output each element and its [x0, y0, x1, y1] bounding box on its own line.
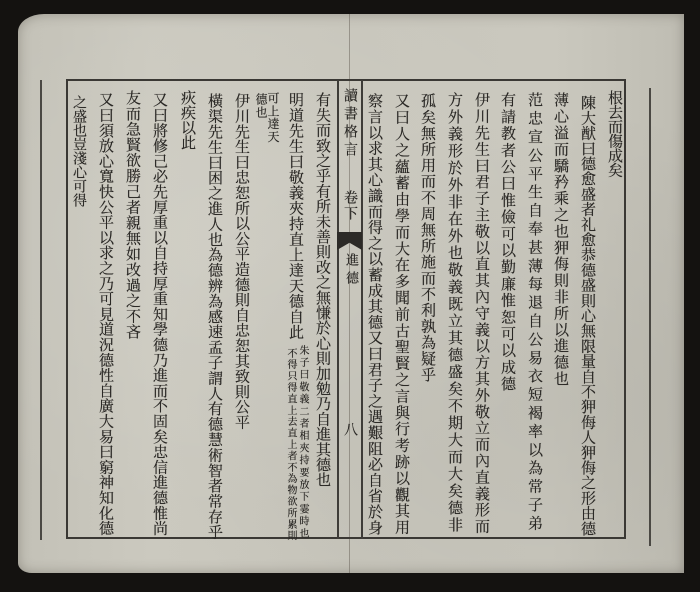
- text-column: 橫渠先生曰困之進人也為德辨為感速孟子謂人有德慧術智者常存乎: [207, 93, 223, 540]
- text-column: 薄心溢而驕矜乘之也狎侮則非所以進德也: [553, 92, 569, 387]
- commentary-note-right: 可上達天: [267, 92, 279, 143]
- text-column: 陳大猷曰德愈盛者礼愈恭德盛則心無限量自不狎侮人狎侮之形由德: [580, 95, 596, 536]
- banxin-book-title: 讀書格言: [342, 88, 357, 160]
- text-column: 之盛也豈淺心可得: [71, 95, 87, 207]
- commentary-note-right: 朱子曰敬義二者相夾持要放下霎時也: [297, 345, 307, 540]
- text-column: 又曰將修己必先厚重以自持厚重知學德乃進而不固矣忠信進德惟尚: [152, 92, 168, 536]
- text-column: 方外義形於外非在外也敬義既立其德盛矣不期大而大矣德非: [447, 92, 463, 534]
- commentary-note-left: 不得只得直上去直上者不為物欲所累則: [285, 348, 295, 542]
- text-column: 孤矣無所用而不周無所施而不利孰為疑乎: [420, 93, 436, 383]
- text-column: 疢疾以此: [180, 90, 196, 150]
- text-column: 有請教者公曰惟儉可以勤廉惟恕可以成德: [500, 92, 516, 393]
- commentary-note-left: 德也: [255, 93, 267, 119]
- text-column: 伊川先生曰忠恕所以公平造德則自忠恕其致則公平: [234, 93, 250, 430]
- text-column: 又曰須放心寬快公平以求之乃可見道況德性自廣大易曰窮神知化德: [98, 92, 114, 536]
- left-margin-line: [40, 80, 42, 540]
- text-column: 伊川先生曰君子主敬以直其內守義以方其外敬立而內直義形而: [474, 92, 490, 535]
- banxin-right-border: [361, 80, 363, 539]
- text-column: 范忠宣公平生自奉甚薄每退自公易衣短褐率以為常子弟: [527, 92, 543, 534]
- text-column: 友而急賢欲勝己者親無如改過之不吝: [125, 90, 141, 340]
- banxin-volume: 卷下: [342, 190, 357, 222]
- text-column: 有失而致之乎有所未善則改之無慊於心則加勉乃自進其德也: [315, 92, 331, 487]
- text-column: 明道先生曰敬義夾持直上達天德自此: [288, 92, 304, 340]
- text-column: 又曰人之蘊蓄由學而大在多聞前古聖賢之言與行考跡以觀其用: [394, 93, 410, 536]
- banxin-leaf-number: 八: [342, 422, 357, 436]
- banxin-left-border: [337, 80, 339, 539]
- right-margin-line: [649, 88, 651, 546]
- text-column: 根去而傷成矣: [607, 90, 623, 177]
- banxin-section: 進德: [344, 253, 358, 289]
- text-column: 察言以求其心識而得之以蓄成其德又曰君子之遇艱阻必自省於身: [367, 93, 383, 535]
